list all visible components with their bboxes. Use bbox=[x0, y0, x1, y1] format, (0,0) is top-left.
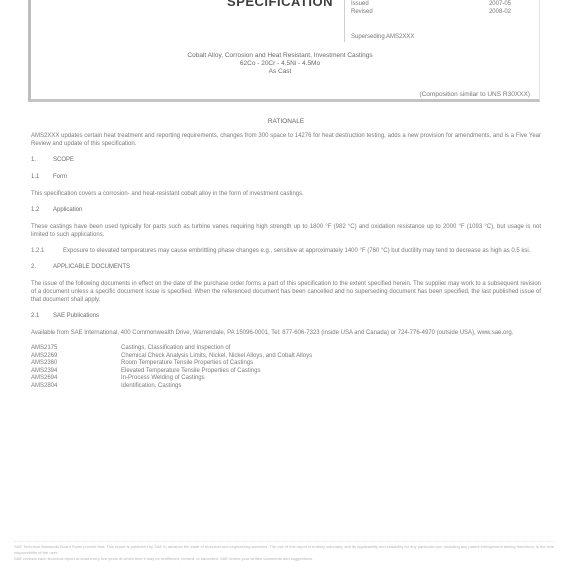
section-2-1-text: Available from SAE International, 400 Co… bbox=[31, 329, 541, 337]
reference-list: AMS2175Castings, Classification and Insp… bbox=[31, 345, 541, 390]
issue-metadata: Issued 2007-05 Revised 2008-02 Supersedi… bbox=[344, 0, 511, 42]
section-2-1-heading: 2.1SAE Publications bbox=[31, 312, 541, 320]
document-title: Cobalt Alloy, Corrosion and Heat Resista… bbox=[40, 52, 520, 76]
revised-row: Revised 2008-02 bbox=[351, 8, 511, 16]
reference-item: AMS2394Elevated Temperature Tensile Prop… bbox=[31, 368, 541, 376]
superseding-row: Superseding AMS2XXX bbox=[351, 33, 511, 41]
section-2-text: The issue of the following documents in … bbox=[31, 280, 541, 304]
section-1-1-heading: 1.1Form bbox=[31, 173, 541, 181]
section-1-2-1: 1.2.1 Exposure to elevated temperatures … bbox=[31, 247, 541, 255]
section-1-heading: 1.SCOPE bbox=[31, 156, 541, 164]
issued-row: Issued 2007-05 bbox=[351, 0, 511, 8]
section-1-2-text: These castings have been used typically … bbox=[31, 223, 541, 239]
section-1-2-heading: 1.2Application bbox=[31, 206, 541, 214]
reference-item: AMS2694In-Process Welding of Castings bbox=[31, 375, 541, 383]
document-body: RATIONALE AMS2XXX updates certain heat t… bbox=[31, 118, 541, 396]
section-2-heading: 2.APPLICABLE DOCUMENTS bbox=[31, 263, 541, 271]
reference-item: AMS2175Castings, Classification and Insp… bbox=[31, 345, 541, 353]
composition-note: (Composition similar to UNS R30XXX) bbox=[419, 91, 530, 98]
section-1-1-text: This specification covers a corrosion- a… bbox=[31, 190, 541, 198]
rationale-text: AMS2XXX updates certain heat treatment a… bbox=[31, 132, 541, 148]
reference-item: AMS2360Room Temperature Tensile Properti… bbox=[31, 360, 541, 368]
rationale-heading: RATIONALE bbox=[31, 118, 541, 126]
reference-item: AMS2804Identification, Castings bbox=[31, 383, 541, 391]
reference-item: AMS2269Chemical Check Analysis Limits, N… bbox=[31, 353, 541, 361]
document-type: SPECIFICATION bbox=[205, 0, 355, 9]
footer-notice: SAE Technical Standards Board Rules prov… bbox=[14, 541, 554, 562]
